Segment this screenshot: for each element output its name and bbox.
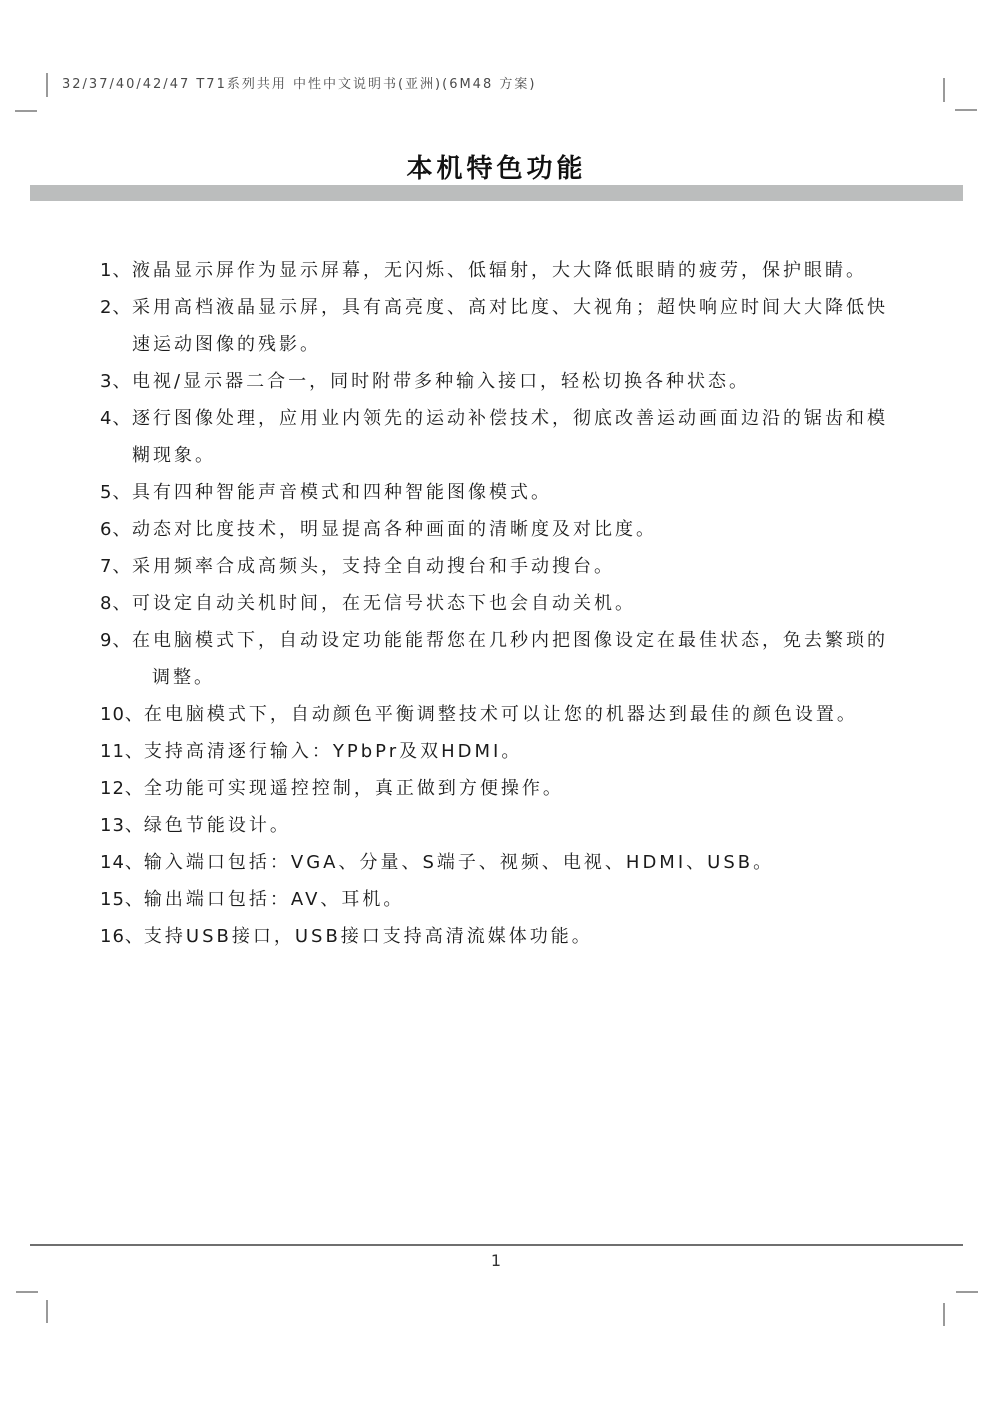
feature-item-text: 采用频率合成高频头，支持全自动搜台和手动搜台。	[132, 548, 920, 585]
feature-item: 13、绿色节能设计。	[100, 807, 920, 844]
feature-item-text: 采用高档液晶显示屏，具有高亮度、高对比度、大视角；超快响应时间大大降低快速运动图…	[132, 289, 920, 363]
feature-item: 16、支持USB接口，USB接口支持高清流媒体功能。	[100, 918, 920, 955]
feature-item-line: 支持USB接口，USB接口支持高清流媒体功能。	[144, 918, 920, 955]
feature-item-line: 逐行图像处理，应用业内领先的运动补偿技术，彻底改善运动画面边沿的锯齿和模	[132, 400, 920, 437]
feature-item-text: 逐行图像处理，应用业内领先的运动补偿技术，彻底改善运动画面边沿的锯齿和模糊现象。	[132, 400, 920, 474]
feature-item: 10、在电脑模式下，自动颜色平衡调整技术可以让您的机器达到最佳的颜色设置。	[100, 696, 920, 733]
feature-item: 4、逐行图像处理，应用业内领先的运动补偿技术，彻底改善运动画面边沿的锯齿和模糊现…	[100, 400, 920, 474]
feature-item-number: 6、	[100, 511, 132, 548]
feature-item-text: 支持高清逐行输入：YPbPr及双HDMI。	[144, 733, 920, 770]
feature-item-line: 采用高档液晶显示屏，具有高亮度、高对比度、大视角；超快响应时间大大降低快	[132, 289, 920, 326]
feature-item-number: 1、	[100, 252, 132, 289]
feature-list: 1、液晶显示屏作为显示屏幕，无闪烁、低辐射，大大降低眼睛的疲劳，保护眼睛。2、采…	[100, 252, 920, 955]
feature-item-line: 液晶显示屏作为显示屏幕，无闪烁、低辐射，大大降低眼睛的疲劳，保护眼睛。	[132, 252, 920, 289]
feature-item-line: 输入端口包括：VGA、分量、S端子、视频、电视、HDMI、USB。	[144, 844, 920, 881]
document-header-text: 32/37/40/42/47 T71系列共用 中性中文说明书(亚洲)(6M48 …	[62, 73, 536, 92]
feature-item-text: 绿色节能设计。	[144, 807, 920, 844]
feature-item-text: 输出端口包括：AV、耳机。	[144, 881, 920, 918]
feature-item-line: 电视/显示器二合一，同时附带多种输入接口，轻松切换各种状态。	[132, 363, 920, 400]
feature-item-line: 支持高清逐行输入：YPbPr及双HDMI。	[144, 733, 920, 770]
feature-item-number: 16、	[100, 918, 144, 955]
title-underline-bar	[30, 185, 963, 201]
crop-mark-bottom-left-horizontal	[16, 1291, 38, 1293]
feature-item-line: 在电脑模式下，自动设定功能能帮您在几秒内把图像设定在最佳状态，免去繁琐的	[132, 622, 920, 659]
crop-mark-top-left-vertical	[46, 73, 48, 97]
feature-item-number: 9、	[100, 622, 132, 659]
feature-item-number: 15、	[100, 881, 144, 918]
feature-item-line: 在电脑模式下，自动颜色平衡调整技术可以让您的机器达到最佳的颜色设置。	[144, 696, 920, 733]
feature-item: 3、电视/显示器二合一，同时附带多种输入接口，轻松切换各种状态。	[100, 363, 920, 400]
feature-item-text: 全功能可实现遥控控制，真正做到方便操作。	[144, 770, 920, 807]
crop-mark-top-right-horizontal	[955, 109, 977, 111]
feature-item-number: 7、	[100, 548, 132, 585]
feature-item-number: 14、	[100, 844, 144, 881]
feature-item-line: 采用频率合成高频头，支持全自动搜台和手动搜台。	[132, 548, 920, 585]
feature-item-text: 在电脑模式下，自动颜色平衡调整技术可以让您的机器达到最佳的颜色设置。	[144, 696, 920, 733]
feature-item-line: 全功能可实现遥控控制，真正做到方便操作。	[144, 770, 920, 807]
manual-page: 32/37/40/42/47 T71系列共用 中性中文说明书(亚洲)(6M48 …	[0, 0, 993, 1404]
page-title: 本机特色功能	[0, 148, 993, 185]
feature-item-number: 5、	[100, 474, 132, 511]
feature-item-line: 输出端口包括：AV、耳机。	[144, 881, 920, 918]
crop-mark-bottom-right-horizontal	[956, 1291, 978, 1293]
feature-item: 12、全功能可实现遥控控制，真正做到方便操作。	[100, 770, 920, 807]
feature-item: 5、具有四种智能声音模式和四种智能图像模式。	[100, 474, 920, 511]
feature-item-text: 输入端口包括：VGA、分量、S端子、视频、电视、HDMI、USB。	[144, 844, 920, 881]
feature-item: 1、液晶显示屏作为显示屏幕，无闪烁、低辐射，大大降低眼睛的疲劳，保护眼睛。	[100, 252, 920, 289]
crop-mark-bottom-left-vertical	[46, 1300, 48, 1323]
feature-item-text: 可设定自动关机时间，在无信号状态下也会自动关机。	[132, 585, 920, 622]
feature-item-line: 速运动图像的残影。	[132, 326, 920, 363]
crop-mark-top-right-vertical	[943, 78, 945, 102]
crop-mark-top-left-horizontal	[15, 110, 37, 112]
page-number: 1	[0, 1251, 993, 1270]
feature-item: 14、输入端口包括：VGA、分量、S端子、视频、电视、HDMI、USB。	[100, 844, 920, 881]
feature-item-number: 12、	[100, 770, 144, 807]
feature-item-text: 动态对比度技术，明显提高各种画面的清晰度及对比度。	[132, 511, 920, 548]
feature-item-text: 支持USB接口，USB接口支持高清流媒体功能。	[144, 918, 920, 955]
feature-item: 9、在电脑模式下，自动设定功能能帮您在几秒内把图像设定在最佳状态，免去繁琐的调整…	[100, 622, 920, 696]
feature-item: 15、输出端口包括：AV、耳机。	[100, 881, 920, 918]
feature-item-line: 动态对比度技术，明显提高各种画面的清晰度及对比度。	[132, 511, 920, 548]
feature-item-text: 具有四种智能声音模式和四种智能图像模式。	[132, 474, 920, 511]
feature-item-text: 电视/显示器二合一，同时附带多种输入接口，轻松切换各种状态。	[132, 363, 920, 400]
feature-item-line: 可设定自动关机时间，在无信号状态下也会自动关机。	[132, 585, 920, 622]
feature-item-text: 在电脑模式下，自动设定功能能帮您在几秒内把图像设定在最佳状态，免去繁琐的调整。	[132, 622, 920, 696]
feature-item-line: 具有四种智能声音模式和四种智能图像模式。	[132, 474, 920, 511]
feature-item-line: 调整。	[132, 659, 920, 696]
feature-item-line: 绿色节能设计。	[144, 807, 920, 844]
feature-item: 6、动态对比度技术，明显提高各种画面的清晰度及对比度。	[100, 511, 920, 548]
crop-mark-bottom-right-vertical	[943, 1303, 945, 1326]
feature-item-number: 3、	[100, 363, 132, 400]
feature-item-line: 糊现象。	[132, 437, 920, 474]
feature-item-number: 10、	[100, 696, 144, 733]
feature-item: 7、采用频率合成高频头，支持全自动搜台和手动搜台。	[100, 548, 920, 585]
footer-rule	[30, 1244, 963, 1246]
feature-item: 8、可设定自动关机时间，在无信号状态下也会自动关机。	[100, 585, 920, 622]
feature-item-number: 8、	[100, 585, 132, 622]
feature-item-number: 2、	[100, 289, 132, 326]
feature-item-number: 13、	[100, 807, 144, 844]
feature-item-text: 液晶显示屏作为显示屏幕，无闪烁、低辐射，大大降低眼睛的疲劳，保护眼睛。	[132, 252, 920, 289]
feature-item-number: 4、	[100, 400, 132, 437]
feature-item: 2、采用高档液晶显示屏，具有高亮度、高对比度、大视角；超快响应时间大大降低快速运…	[100, 289, 920, 363]
feature-item: 11、支持高清逐行输入：YPbPr及双HDMI。	[100, 733, 920, 770]
feature-item-number: 11、	[100, 733, 144, 770]
